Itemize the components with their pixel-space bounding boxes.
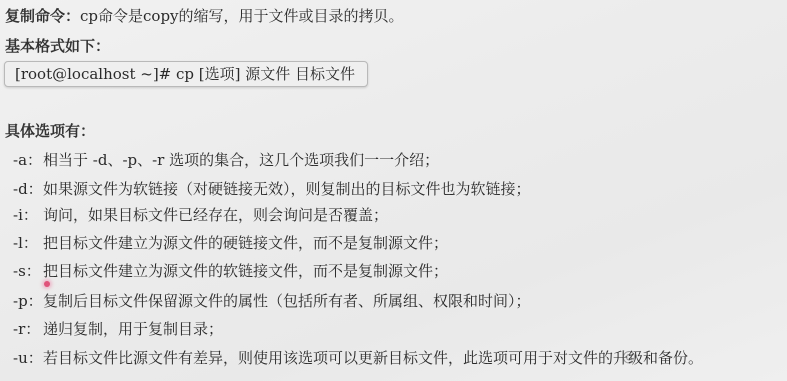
- option-desc: 相当于 -d、-p、-r 选项的集合，这几个选项我们一一介绍；: [43, 151, 439, 169]
- option-flag: -u：: [13, 348, 43, 368]
- command-text: [root@localhost ~]# cp [选项] 源文件 目标文件: [15, 64, 355, 84]
- option-desc: 若目标文件比源文件有差异，则使用该选项可以更新目标文件，此选项可用于对文件的升级…: [43, 349, 703, 367]
- option-flag: -p：: [13, 291, 43, 311]
- option-desc: 递归复制，用于复制目录；: [43, 320, 223, 338]
- option-item-r: -r：递归复制，用于复制目录；: [13, 319, 223, 339]
- option-item-s: -s：把目标文件建立为源文件的软链接文件，而不是复制源文件；: [13, 261, 448, 281]
- option-desc: 把目标文件建立为源文件的软链接文件，而不是复制源文件；: [43, 262, 448, 280]
- option-flag: -d：: [13, 179, 43, 199]
- option-flag: -s：: [13, 261, 43, 281]
- option-desc: 复制后目标文件保留源文件的属性（包括所有者、所属组、权限和时间）；: [43, 292, 531, 310]
- watermark: @: [622, 349, 636, 365]
- option-flag: -l：: [13, 233, 43, 253]
- slide: 复制命令：cp命令是copy的缩写，用于文件或目录的拷贝。 基本格式如下： [r…: [0, 0, 787, 381]
- option-item-a: -a：相当于 -d、-p、-r 选项的集合，这几个选项我们一一介绍；: [13, 150, 439, 170]
- option-item-l: -l：把目标文件建立为源文件的硬链接文件，而不是复制源文件；: [13, 233, 448, 253]
- laser-pointer-icon: [44, 281, 50, 287]
- option-flag: -i：: [13, 205, 43, 225]
- option-flag: -a：: [13, 150, 43, 170]
- intro-text: cp命令是copy的缩写，用于文件或目录的拷贝。: [80, 7, 404, 25]
- option-item-p: -p：复制后目标文件保留源文件的属性（包括所有者、所属组、权限和时间）；: [13, 291, 531, 311]
- format-heading: 基本格式如下：: [5, 36, 110, 56]
- options-heading: 具体选项有：: [5, 121, 95, 141]
- intro-line: 复制命令：cp命令是copy的缩写，用于文件或目录的拷贝。: [5, 6, 404, 26]
- option-desc: 把目标文件建立为源文件的硬链接文件，而不是复制源文件；: [43, 234, 448, 252]
- option-item-u: -u：若目标文件比源文件有差异，则使用该选项可以更新目标文件，此选项可用于对文件…: [13, 348, 703, 368]
- option-flag: -r：: [13, 319, 43, 339]
- option-desc: 询问，如果目标文件已经存在，则会询问是否覆盖；: [43, 206, 388, 224]
- command-box: [root@localhost ~]# cp [选项] 源文件 目标文件: [4, 61, 368, 87]
- option-item-i: -i：询问，如果目标文件已经存在，则会询问是否覆盖；: [13, 205, 388, 225]
- option-desc: 如果源文件为软链接（对硬链接无效），则复制出的目标文件也为软链接；: [43, 180, 531, 198]
- intro-label: 复制命令：: [5, 7, 80, 25]
- option-item-d: -d：如果源文件为软链接（对硬链接无效），则复制出的目标文件也为软链接；: [13, 179, 531, 199]
